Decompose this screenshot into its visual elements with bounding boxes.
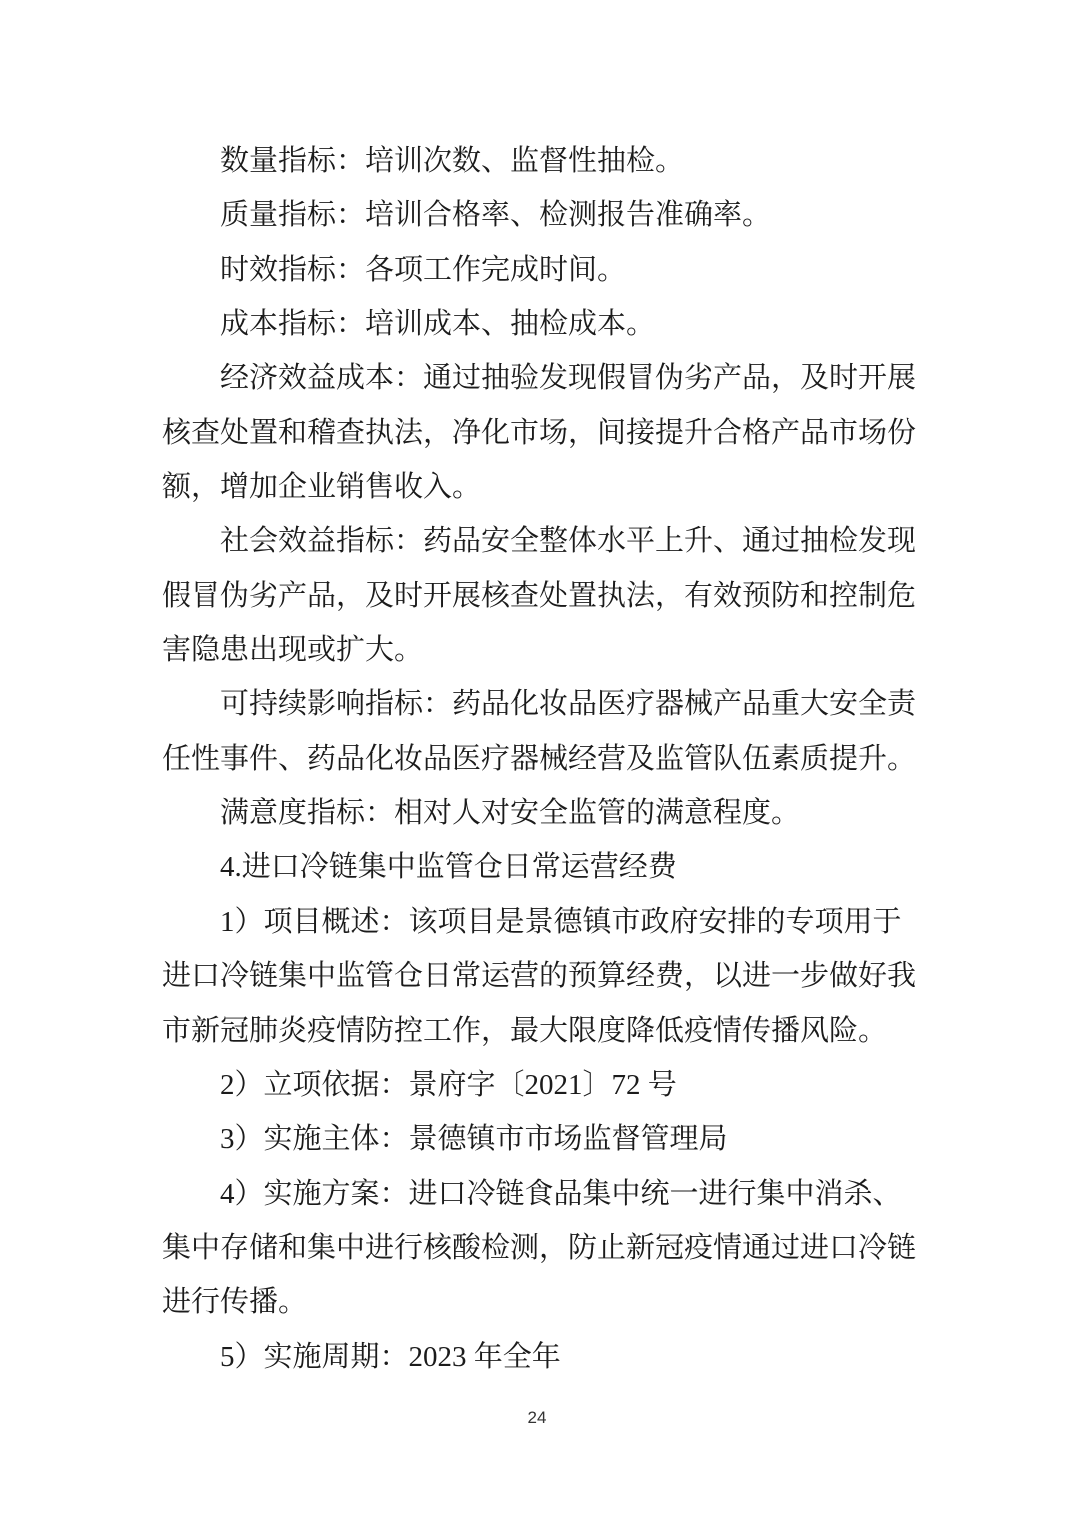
text-line: 5）实施周期：2023 年全年 [162,1330,916,1384]
text-line: 假冒伪劣产品，及时开展核查处置执法，有效预防和控制危 [162,569,916,623]
text-line: 2）立项依据：景府字〔2021〕72 号 [162,1058,916,1112]
text-line: 3）实施主体：景德镇市市场监督管理局 [162,1112,916,1166]
text-line: 任性事件、药品化妆品医疗器械经营及监管队伍素质提升。 [162,732,916,786]
text-line: 质量指标：培训合格率、检测报告准确率。 [162,188,916,242]
document-page: 数量指标：培训次数、监督性抽检。质量指标：培训合格率、检测报告准确率。时效指标：… [0,0,1074,1520]
text-line: 4）实施方案：进口冷链食品集中统一进行集中消杀、 [162,1167,916,1221]
text-line: 成本指标：培训成本、抽检成本。 [162,297,916,351]
text-line: 可持续影响指标：药品化妆品医疗器械产品重大安全责 [162,677,916,731]
text-line: 4.进口冷链集中监管仓日常运营经费 [162,840,916,894]
text-line: 1）项目概述：该项目是景德镇市政府安排的专项用于 [162,895,916,949]
text-line: 经济效益成本：通过抽验发现假冒伪劣产品，及时开展 [162,351,916,405]
text-line: 进口冷链集中监管仓日常运营的预算经费，以进一步做好我 [162,949,916,1003]
text-line: 集中存储和集中进行核酸检测，防止新冠疫情通过进口冷链 [162,1221,916,1275]
text-line: 进行传播。 [162,1275,916,1329]
text-line: 社会效益指标：药品安全整体水平上升、通过抽检发现 [162,514,916,568]
text-line: 满意度指标：相对人对安全监管的满意程度。 [162,786,916,840]
text-line: 数量指标：培训次数、监督性抽检。 [162,134,916,188]
text-line: 额，增加企业销售收入。 [162,460,916,514]
text-line: 市新冠肺炎疫情防控工作，最大限度降低疫情传播风险。 [162,1004,916,1058]
page-number: 24 [528,1408,547,1427]
text-line: 核查处置和稽查执法，净化市场，间接提升合格产品市场份 [162,406,916,460]
text-line: 时效指标：各项工作完成时间。 [162,243,916,297]
page-footer: 24 [0,1408,1074,1428]
document-body: 数量指标：培训次数、监督性抽检。质量指标：培训合格率、检测报告准确率。时效指标：… [162,134,916,1384]
text-line: 害隐患出现或扩大。 [162,623,916,677]
